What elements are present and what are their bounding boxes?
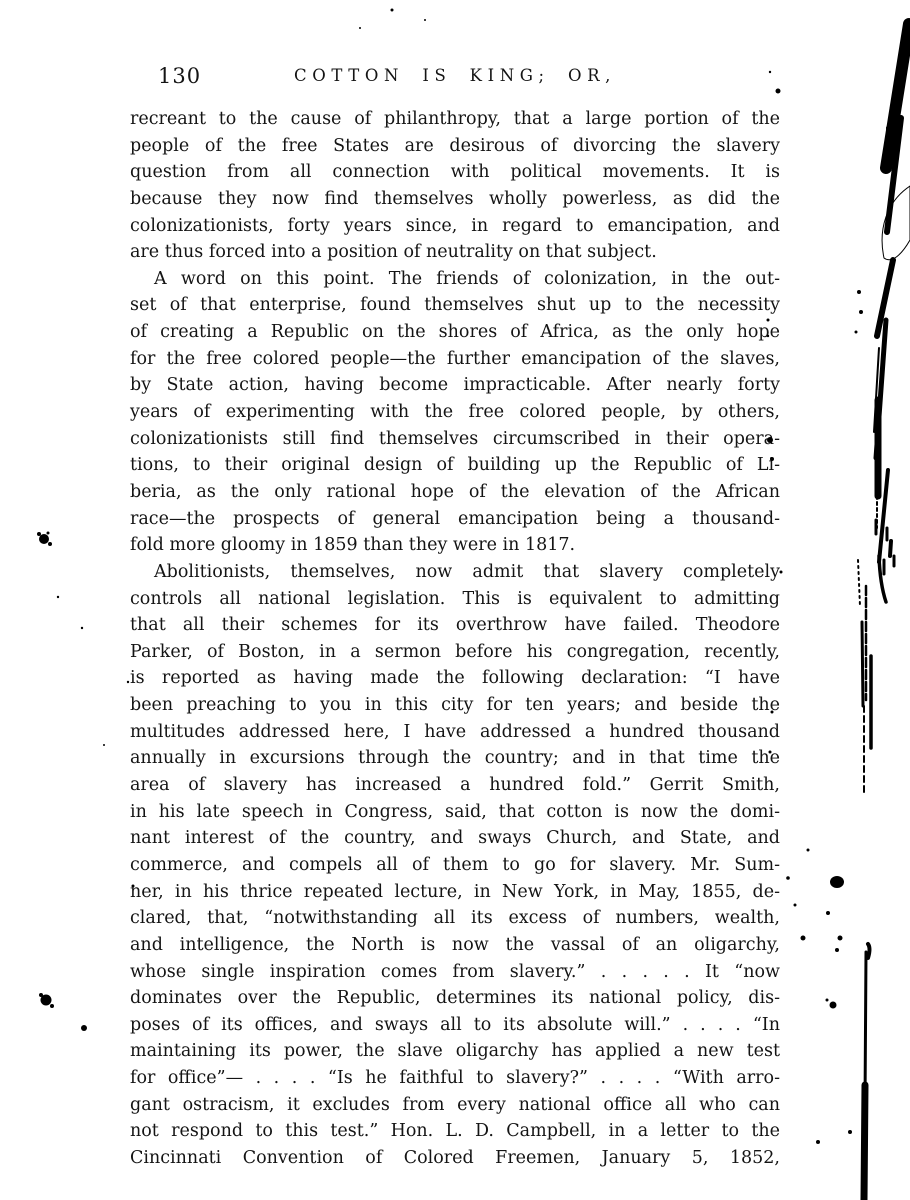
text-line: Cincinnati Convention of Colored Freemen… (130, 1145, 780, 1172)
text-line: Abolitionists, themselves, now admit tha… (130, 559, 780, 586)
text-line: recreant to the cause of philanthropy, t… (130, 106, 780, 133)
text-line: commerce, and compels all of them to go … (130, 852, 780, 879)
text-line: question from all connection with politi… (130, 159, 780, 186)
text-line: of creating a Republic on the shores of … (130, 319, 780, 346)
text-line: people of the free States are desirous o… (130, 133, 780, 160)
text-line: beria, as the only rational hope of the … (130, 479, 780, 506)
text-line: by State action, having become impractic… (130, 372, 780, 399)
text-line: because they now find themselves wholly … (130, 186, 780, 213)
text-line: gant ostracism, it excludes from every n… (130, 1092, 780, 1119)
text-line: controls all national legislation. This … (130, 586, 780, 613)
ink-streak-middle (858, 400, 894, 792)
ink-streak-top (886, 24, 909, 232)
ink-blob-right (874, 186, 910, 458)
text-line: clared, that, “notwithstanding all its e… (130, 905, 780, 932)
text-line: multitudes addressed here, I have addres… (130, 719, 780, 746)
text-line: in his late speech in Congress, said, th… (130, 799, 780, 826)
text-line: for the free colored people—the further … (130, 346, 780, 373)
text-line: Parker, of Boston, in a sermon before hi… (130, 639, 780, 666)
text-line: colonizationists still find themselves c… (130, 426, 780, 453)
text-line: for office”— . . . . “Is he faithful to … (130, 1065, 780, 1092)
text-line: and intelligence, the North is now the v… (130, 932, 780, 959)
page-body: recreant to the cause of philanthropy, t… (130, 106, 780, 1172)
text-line: years of experimenting with the free col… (130, 399, 780, 426)
book-page: 130 COTTON IS KING; OR, recreant to the … (0, 0, 910, 1200)
text-line: dominates over the Republic, determines … (130, 985, 780, 1012)
text-line: maintaining its power, the slave oligarc… (130, 1038, 780, 1065)
text-line: been preaching to you in this city for t… (130, 692, 780, 719)
text-line: that all their schemes for its overthrow… (130, 612, 780, 639)
text-line: poses of its offices, and sways all to i… (130, 1012, 780, 1039)
text-line: fold more gloomy in 1859 than they were … (130, 532, 780, 559)
left-margin-blots (37, 532, 87, 1032)
running-head: 130 COTTON IS KING; OR, (0, 62, 910, 96)
text-line: colonizationists, forty years since, in … (130, 213, 780, 240)
page-title: COTTON IS KING; OR, (130, 66, 780, 85)
text-line: tions, to their original design of build… (130, 452, 780, 479)
text-line: ner, in his thrice repeated lecture, in … (130, 879, 780, 906)
text-line: is reported as having made the following… (130, 665, 780, 692)
text-line: set of that enterprise, found themselves… (130, 292, 780, 319)
text-line: whose single inspiration comes from slav… (130, 959, 780, 986)
text-line: area of slavery has increased a hundred … (130, 772, 780, 799)
text-line: not respond to this test.” Hon. L. D. Ca… (130, 1118, 780, 1145)
ink-streak-bottom (830, 876, 870, 1200)
text-line: annually in excursions through the count… (130, 745, 780, 772)
text-line: nant interest of the country, and sways … (130, 825, 780, 852)
text-line: are thus forced into a position of neutr… (130, 239, 780, 266)
text-line: race—the prospects of general emancipati… (130, 506, 780, 533)
text-line: A word on this point. The friends of col… (130, 266, 780, 293)
